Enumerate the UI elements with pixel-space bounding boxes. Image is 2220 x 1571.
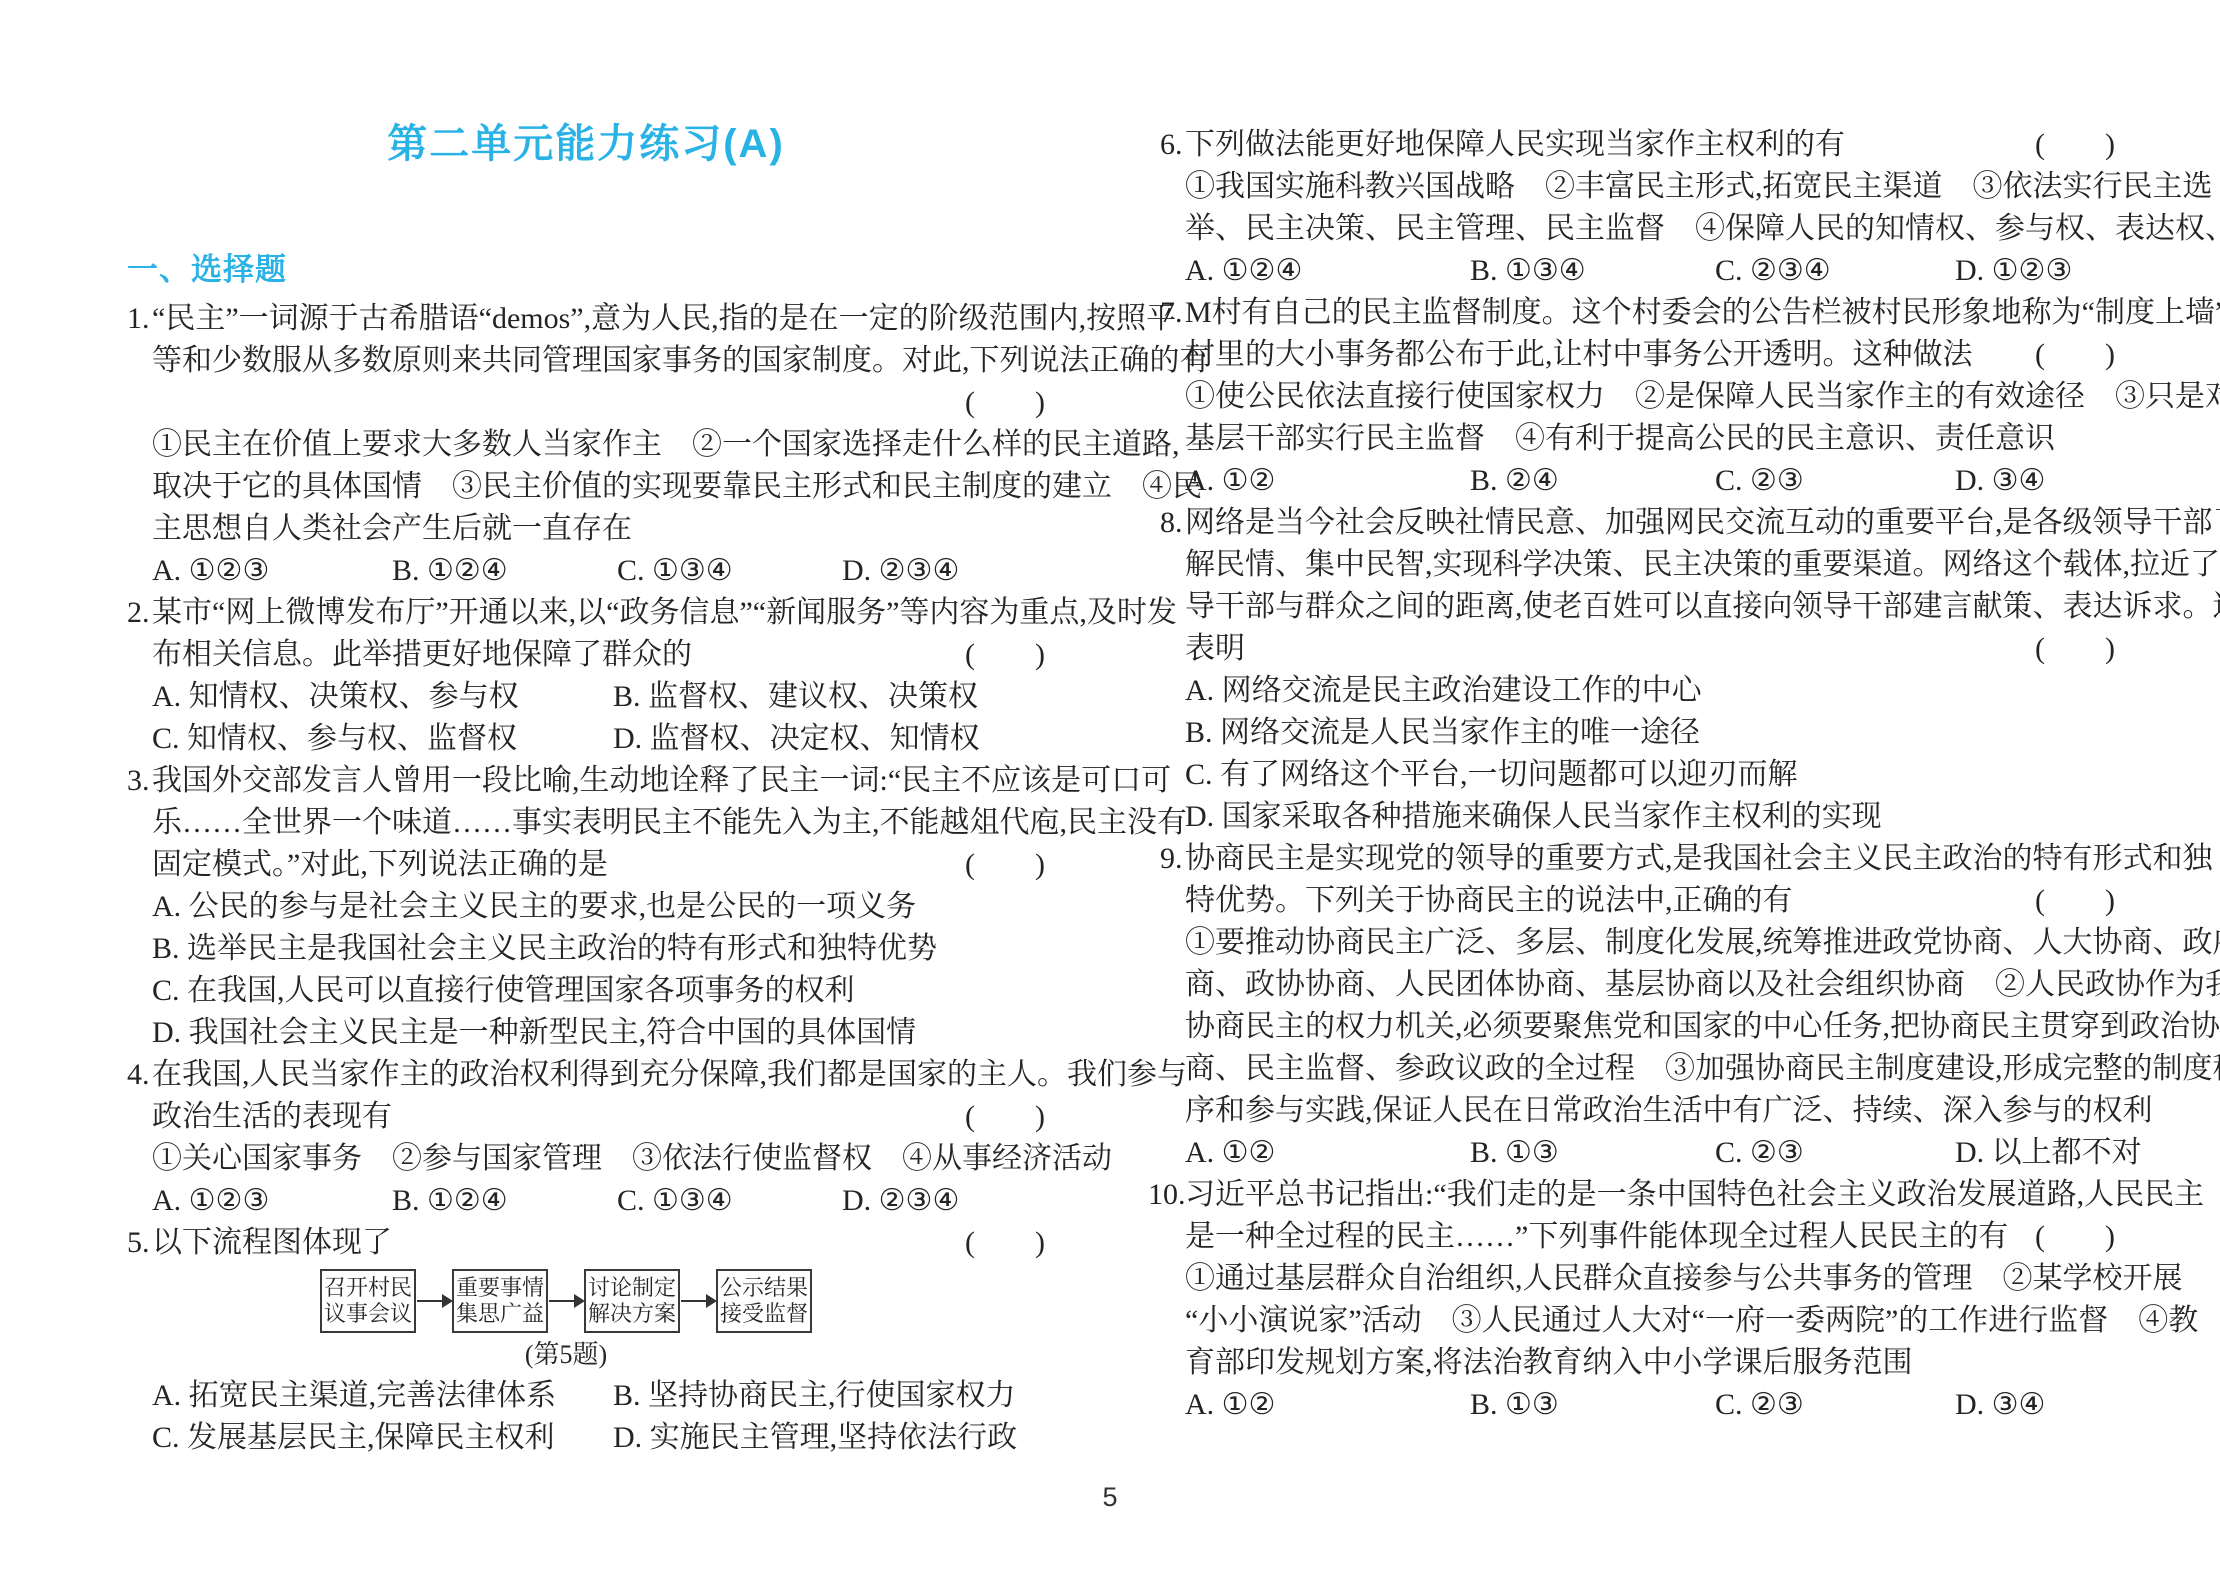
question-text-line: 主思想自人类社会产生后就一直存在 [127,508,1045,550]
question-number: 1. [127,298,150,340]
question-text-line: “民主”一词源于古希腊语“demos”,意为人民,指的是在一定的阶级范围内,按照… [127,298,1045,340]
flow-box: 召开村民议事会议 [320,1269,416,1333]
question-6: 下列做法能更好地保障人民实现当家作主权利的有( )6.①我国实施科教兴国战略 ②… [1160,124,2115,292]
question-text: 布相关信息。此举措更好地保障了群众的 [152,634,692,676]
flow-box: 公示结果接受监督 [716,1269,812,1333]
option: A. ①②④ [1185,250,1470,292]
question-3: 我国外交部发言人曾用一段比喻,生动地诠释了民主一词:“民主不应该是可口可3.乐…… [127,760,1045,1054]
flow-box-line: 集思广益 [456,1301,544,1327]
question-9: 协商民主是实现党的领导的重要方式,是我国社会主义民主政治的特有形式和独9.特优势… [1160,838,2115,1174]
question-number: 2. [127,592,150,634]
question-text-line: 协商民主的权力机关,必须要聚焦党和国家的中心任务,把协商民主贯穿到政治协 [1160,1006,2115,1048]
question-text-line: 基层干部实行民主监督 ④有利于提高公民的民主意识、责任意识 [1160,418,2115,460]
page-title: 第二单元能力练习(A) [127,112,1045,169]
flow-box-line: 讨论制定 [588,1275,676,1301]
option: A. ①②③ [152,550,392,592]
option: D. ②③④ [842,1180,1045,1222]
question-text: 下列做法能更好地保障人民实现当家作主权利的有 [1185,124,1845,166]
answer-bracket: ( ) [965,1096,1045,1138]
option: D. 实施民主管理,坚持依法行政 [613,1417,1045,1459]
option-line: A. 网络交流是民主政治建设工作的中心 [1160,670,2115,712]
question-number: 6. [1160,124,1183,166]
question-text-line: ①关心国家事务 ②参与国家管理 ③依法行使监督权 ④从事经济活动 [127,1138,1045,1180]
option: D. ③④ [1955,460,2115,502]
flow-box-line: 解决方案 [588,1301,676,1327]
question-text-line: 乐……全世界一个味道……事实表明民主不能先入为主,不能越俎代庖,民主没有 [127,802,1045,844]
option: D. ②③④ [842,550,1045,592]
option: C. ②③ [1715,1384,1955,1426]
option: D. 监督权、决定权、知情权 [613,718,1045,760]
question-number: 7. [1160,292,1183,334]
column-left: 一、选择题 “民主”一词源于古希腊语“demos”,意为人民,指的是在一定的阶级… [127,250,1045,1459]
answer-bracket: ( ) [965,382,1045,424]
answer-bracket: ( ) [965,1222,1045,1264]
flow-arrow-icon [681,1300,715,1302]
option: A. 知情权、决策权、参与权 [152,676,613,718]
flow-box-line: 重要事情 [456,1275,544,1301]
question-text-line: 取决于它的具体国情 ③民主价值的实现要靠民主形式和民主制度的建立 ④民 [127,466,1045,508]
options-row: C. 发展基层民主,保障民主权利D. 实施民主管理,坚持依法行政 [127,1417,1045,1459]
answer-bracket: ( ) [2035,628,2115,670]
question-text-line: 村里的大小事务都公布于此,让村中事务公开透明。这种做法( ) [1160,334,2115,376]
flowchart: 召开村民议事会议重要事情集思广益讨论制定解决方案公示结果接受监督 [320,1269,1045,1333]
option-line: B. 选举民主是我国社会主义民主政治的特有形式和独特优势 [127,928,1045,970]
option-line: B. 网络交流是人民当家作主的唯一途径 [1160,712,2115,754]
option: C. ①③④ [617,1180,842,1222]
question-text-line: 政治生活的表现有( ) [127,1096,1045,1138]
options-row: A. ①②③B. ①②④C. ①③④D. ②③④ [127,550,1045,592]
question-text-line: ①通过基层群众自治组织,人民群众直接参与公共事务的管理 ②某学校开展 [1160,1258,2115,1300]
option: B. ①②④ [392,550,617,592]
flow-box: 讨论制定解决方案 [584,1269,680,1333]
question-text-line: ①我国实施科教兴国战略 ②丰富民主形式,拓宽民主渠道 ③依法实行民主选 [1160,166,2115,208]
question-number: 9. [1160,838,1183,880]
question-text-line: 育部印发规划方案,将法治教育纳入中小学课后服务范围 [1160,1342,2115,1384]
question-text-line: 是一种全过程的民主……”下列事件能体现全过程人民民主的有( ) [1160,1216,2115,1258]
question-text-line: 网络是当今社会反映社情民意、加强网民交流互动的重要平台,是各级领导干部了8. [1160,502,2115,544]
question-text-line: 下列做法能更好地保障人民实现当家作主权利的有( )6. [1160,124,2115,166]
worksheet-page: { "page": { "title": "第二单元能力练习(A)", "sec… [0,0,2220,1571]
option-line: D. 我国社会主义民主是一种新型民主,符合中国的具体国情 [127,1012,1045,1054]
answer-bracket: ( ) [2035,334,2115,376]
flow-box: 重要事情集思广益 [452,1269,548,1333]
options-row: A. ①②③B. ①②④C. ①③④D. ②③④ [127,1180,1045,1222]
answer-bracket: ( ) [2035,124,2115,166]
question-text-line: 表明( ) [1160,628,2115,670]
option: C. ②③④ [1715,250,1955,292]
question-text-line: ①使公民依法直接行使国家权力 ②是保障人民当家作主的有效途径 ③只是对 [1160,376,2115,418]
option: A. ①② [1185,460,1470,502]
question-text-line: 商、民主监督、参政议政的全过程 ③加强协商民主制度建设,形成完整的制度程 [1160,1048,2115,1090]
flow-box-line: 公示结果 [720,1275,808,1301]
question-text-line: 固定模式。”对此,下列说法正确的是( ) [127,844,1045,886]
option: A. 拓宽民主渠道,完善法律体系 [152,1375,613,1417]
answer-bracket: ( ) [965,844,1045,886]
question-text-line: M村有自己的民主监督制度。这个村委会的公告栏被村民形象地称为“制度上墙”,7. [1160,292,2115,334]
column-right: 下列做法能更好地保障人民实现当家作主权利的有( )6.①我国实施科教兴国战略 ②… [1160,124,2115,1426]
option: B. ①③④ [1470,250,1715,292]
question-text-line: 协商民主是实现党的领导的重要方式,是我国社会主义民主政治的特有形式和独9. [1160,838,2115,880]
option: B. ①②④ [392,1180,617,1222]
option-line: D. 国家采取各种措施来确保人民当家作主权利的实现 [1160,796,2115,838]
option: C. ①③④ [617,550,842,592]
option-line: C. 在我国,人民可以直接行使管理国家各项事务的权利 [127,970,1045,1012]
option: C. 发展基层民主,保障民主权利 [152,1417,613,1459]
question-2: 某市“网上微博发布厅”开通以来,以“政务信息”“新闻服务”等内容为重点,及时发2… [127,592,1045,760]
question-text-line: 在我国,人民当家作主的政治权利得到充分保障,我们都是国家的主人。我们参与4. [127,1054,1045,1096]
option-line: C. 有了网络这个平台,一切问题都可以迎刃而解 [1160,754,2115,796]
question-text: 固定模式。”对此,下列说法正确的是 [152,844,608,886]
question-number: 5. [127,1222,150,1264]
options-row: A. ①②④B. ①③④C. ②③④D. ①②③ [1160,250,2115,292]
flow-box-line: 召开村民 [324,1275,412,1301]
question-text-line: 举、民主决策、民主管理、民主监督 ④保障人民的知情权、参与权、表达权、监督权 [1160,208,2115,250]
option: D. ③④ [1955,1384,2115,1426]
option: D. 以上都不对 [1955,1132,2142,1174]
question-text-line: 习近平总书记指出:“我们走的是一条中国特色社会主义政治发展道路,人民民主10. [1160,1174,2115,1216]
question-8: 网络是当今社会反映社情民意、加强网民交流互动的重要平台,是各级领导干部了8.解民… [1160,502,2115,838]
option: B. ②④ [1470,460,1715,502]
question-text: 以下流程图体现了 [152,1222,392,1264]
question-text-line: 布相关信息。此举措更好地保障了群众的( ) [127,634,1045,676]
option: C. ②③ [1715,1132,1955,1174]
answer-bracket: ( ) [2035,880,2115,922]
option: A. ①② [1185,1132,1470,1174]
question-text: 特优势。下列关于协商民主的说法中,正确的有 [1185,880,1793,922]
question-7: M村有自己的民主监督制度。这个村委会的公告栏被村民形象地称为“制度上墙”,7.村… [1160,292,2115,502]
options-row: A. ①②B. ②④C. ②③D. ③④ [1160,460,2115,502]
answer-bracket: ( ) [2035,1216,2115,1258]
flow-box-line: 接受监督 [720,1301,808,1327]
question-text-line: 等和少数服从多数原则来共同管理国家事务的国家制度。对此,下列说法正确的有 [127,340,1045,382]
question-text: 村里的大小事务都公布于此,让村中事务公开透明。这种做法 [1185,334,1973,376]
option: D. ①②③ [1955,250,2115,292]
flow-arrow-icon [417,1300,451,1302]
question-text-line: 商、政协协商、人民团体协商、基层协商以及社会组织协商 ②人民政协作为我国 [1160,964,2115,1006]
question-text-line: 某市“网上微博发布厅”开通以来,以“政务信息”“新闻服务”等内容为重点,及时发2… [127,592,1045,634]
question-text-line: ①要推动协商民主广泛、多层、制度化发展,统筹推进政党协商、人大协商、政府协 [1160,922,2115,964]
question-text-line: 解民情、集中民智,实现科学决策、民主决策的重要渠道。网络这个载体,拉近了领 [1160,544,2115,586]
question-number: 4. [127,1054,150,1096]
flow-caption: (第5题) [320,1335,812,1375]
question-text-line: 我国外交部发言人曾用一段比喻,生动地诠释了民主一词:“民主不应该是可口可3. [127,760,1045,802]
option: B. ①③ [1470,1384,1715,1426]
page-number: 5 [0,1482,2220,1513]
option: A. ①②③ [152,1180,392,1222]
question-text-line: ( ) [127,382,1045,424]
question-text: 是一种全过程的民主……”下列事件能体现全过程人民民主的有 [1185,1216,2008,1258]
question-5: 以下流程图体现了( )5.召开村民议事会议重要事情集思广益讨论制定解决方案公示结… [127,1222,1045,1459]
options-row: A. 知情权、决策权、参与权B. 监督权、建议权、决策权 [127,676,1045,718]
options-row: A. ①②B. ①③C. ②③D. ③④ [1160,1384,2115,1426]
option: A. ①② [1185,1384,1470,1426]
question-text-line: 序和参与实践,保证人民在日常政治生活中有广泛、持续、深入参与的权利 [1160,1090,2115,1132]
question-text-line: 导干部与群众之间的距离,使老百姓可以直接向领导干部建言献策、表达诉求。这 [1160,586,2115,628]
question-text-line: 特优势。下列关于协商民主的说法中,正确的有( ) [1160,880,2115,922]
options-row: A. 拓宽民主渠道,完善法律体系B. 坚持协商民主,行使国家权力 [127,1375,1045,1417]
question-number: 10. [1148,1174,1186,1216]
options-row: A. ①②B. ①③C. ②③D. 以上都不对 [1160,1132,2115,1174]
flow-box-line: 议事会议 [324,1301,412,1327]
question-text-line: ①民主在价值上要求大多数人当家作主 ②一个国家选择走什么样的民主道路, [127,424,1045,466]
section-header: 一、选择题 [127,250,1045,290]
option-line: A. 公民的参与是社会主义民主的要求,也是公民的一项义务 [127,886,1045,928]
option: B. ①③ [1470,1132,1715,1174]
option: C. 知情权、参与权、监督权 [152,718,613,760]
question-1: “民主”一词源于古希腊语“demos”,意为人民,指的是在一定的阶级范围内,按照… [127,298,1045,592]
question-number: 3. [127,760,150,802]
question-text-line: 以下流程图体现了( )5. [127,1222,1045,1264]
options-row: C. 知情权、参与权、监督权D. 监督权、决定权、知情权 [127,718,1045,760]
option: B. 坚持协商民主,行使国家权力 [613,1375,1045,1417]
question-text: 政治生活的表现有 [152,1096,392,1138]
option: C. ②③ [1715,460,1955,502]
answer-bracket: ( ) [965,634,1045,676]
question-text-line: “小小演说家”活动 ③人民通过人大对“一府一委两院”的工作进行监督 ④教 [1160,1300,2115,1342]
question-4: 在我国,人民当家作主的政治权利得到充分保障,我们都是国家的主人。我们参与4.政治… [127,1054,1045,1222]
question-text: 表明 [1185,628,1245,670]
option: B. 监督权、建议权、决策权 [613,676,1045,718]
question-number: 8. [1160,502,1183,544]
flow-arrow-icon [549,1300,583,1302]
question-10: 习近平总书记指出:“我们走的是一条中国特色社会主义政治发展道路,人民民主10.是… [1160,1174,2115,1426]
